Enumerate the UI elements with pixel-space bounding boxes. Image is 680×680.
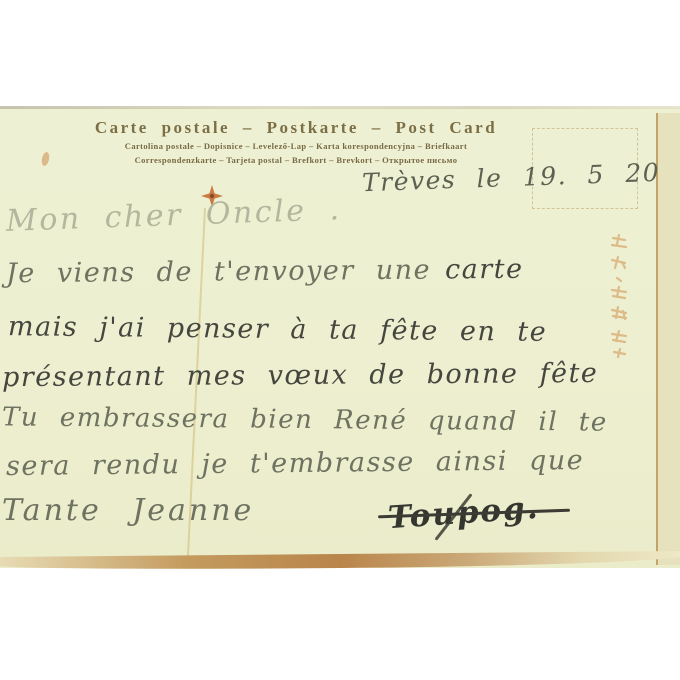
postcard-photo: Carte postale – Postkarte – Post Card Ca… bbox=[0, 0, 680, 680]
message-line: Je viens de t'envoyer unecarte bbox=[6, 254, 524, 290]
greeting-line: Mon cher Oncle . bbox=[5, 192, 342, 239]
message-line: Tante Jeanne bbox=[2, 493, 254, 528]
message-line: présentant mes vœux de bonne fête bbox=[2, 358, 599, 393]
postcard-back: Carte postale – Postkarte – Post Card Ca… bbox=[0, 108, 680, 568]
message-segment: Je viens de t'envoyer une bbox=[6, 255, 431, 290]
message-line: Tu embrassera bien René quand il te bbox=[2, 402, 608, 437]
message-line: sera rendu je t'embrasse ainsi que bbox=[6, 445, 584, 482]
message-line: mais j'ai penser à ta fête en te bbox=[8, 311, 548, 348]
printed-header: Carte postale – Postkarte – Post Card Ca… bbox=[0, 118, 592, 165]
postcard-title: Carte postale – Postkarte – Post Card bbox=[0, 118, 592, 138]
red-vertical-watermark bbox=[608, 234, 630, 360]
card-top-edge bbox=[0, 106, 680, 109]
languages-line-1: Cartolina postale – Dopisnice – Levelező… bbox=[0, 141, 592, 152]
message-segment-emphasis: carte bbox=[445, 254, 524, 286]
card-bottom-edge bbox=[0, 551, 680, 571]
